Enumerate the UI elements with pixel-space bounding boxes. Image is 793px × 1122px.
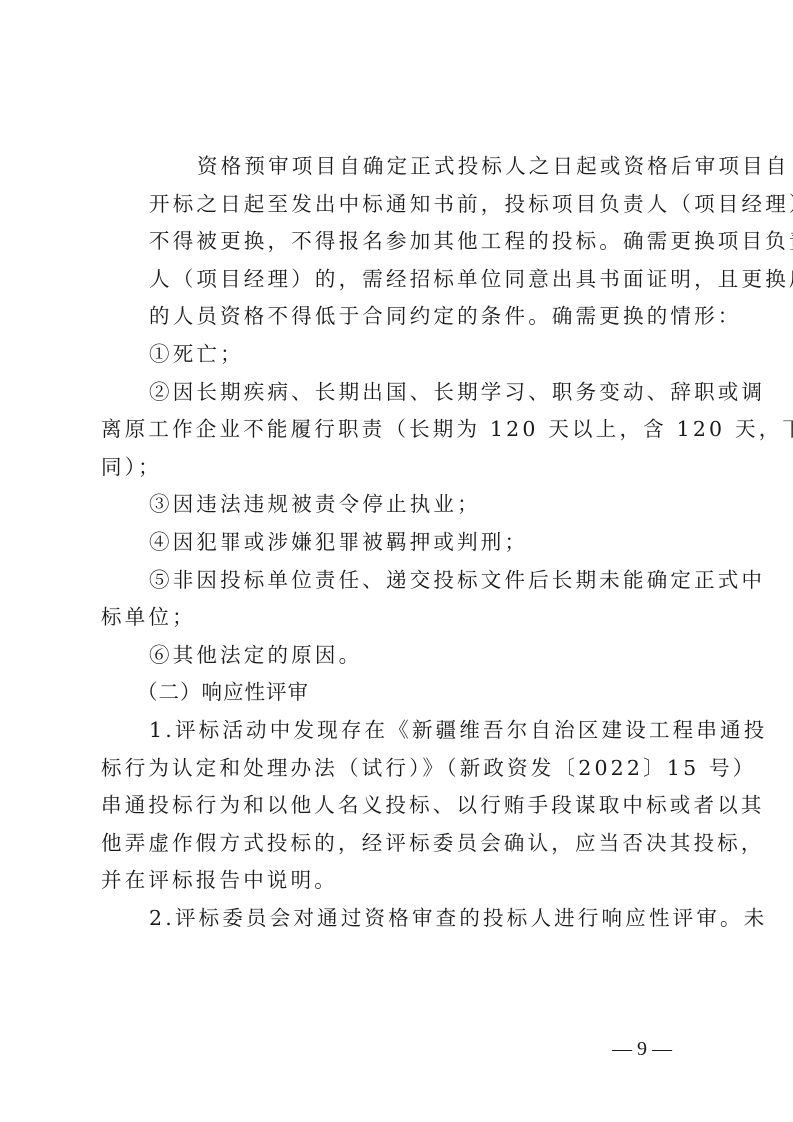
text-line: 他弄虚作假方式投标的，经评标委员会确认，应当否决其投标， <box>101 825 693 863</box>
text-line: 1.评标活动中发现存在《新疆维吾尔自治区建设工程串通投 <box>101 712 693 750</box>
text-line: 开标之日起至发出中标通知书前，投标项目负责人（项目经理） <box>101 186 693 224</box>
paragraph-item-1: 1.评标活动中发现存在《新疆维吾尔自治区建设工程串通投 标行为认定和处理办法（试… <box>101 712 693 900</box>
text-line: ⑥其他法定的原因。 <box>101 637 693 675</box>
paragraph-replacement-rule: 资格预审项目自确定正式投标人之日起或资格后审项目自 开标之日起至发出中标通知书前… <box>101 148 693 336</box>
text-line: ④因犯罪或涉嫌犯罪被羁押或判刑； <box>101 524 693 562</box>
section-heading-responsiveness-review: （二）响应性评审 <box>101 674 693 712</box>
list-item-1: ①死亡； <box>101 336 693 374</box>
text-line: ①死亡； <box>101 336 693 374</box>
text-line: 人（项目经理）的，需经招标单位同意出具书面证明，且更换后 <box>101 261 693 299</box>
text-line: ⑤非因投标单位责任、递交投标文件后长期未能确定正式中 <box>101 562 693 600</box>
text-line: 不得被更换，不得报名参加其他工程的投标。确需更换项目负责 <box>101 223 693 261</box>
text-line: 串通投标行为和以他人名义投标、以行贿手段谋取中标或者以其 <box>101 787 693 825</box>
text-line: ③因违法违规被责令停止执业； <box>101 486 693 524</box>
text-line: 标单位； <box>101 599 693 637</box>
text-line: 2.评标委员会对通过资格审查的投标人进行响应性评审。未 <box>101 900 693 938</box>
text-line: 同）； <box>101 449 693 487</box>
list-item-3: ③因违法违规被责令停止执业； <box>101 486 693 524</box>
page-number: — 9 — <box>612 1038 672 1061</box>
list-item-2: ②因长期疾病、长期出国、长期学习、职务变动、辞职或调 离原工作企业不能履行职责（… <box>101 374 693 487</box>
list-item-6: ⑥其他法定的原因。 <box>101 637 693 675</box>
list-item-5: ⑤非因投标单位责任、递交投标文件后长期未能确定正式中 标单位； <box>101 562 693 637</box>
list-item-4: ④因犯罪或涉嫌犯罪被羁押或判刑； <box>101 524 693 562</box>
text-line: 并在评标报告中说明。 <box>101 862 693 900</box>
text-line: 的人员资格不得低于合同约定的条件。确需更换的情形： <box>101 298 693 336</box>
text-line: 离原工作企业不能履行职责（长期为 120 天以上，含 120 天，下 <box>101 411 693 449</box>
document-body: 资格预审项目自确定正式投标人之日起或资格后审项目自 开标之日起至发出中标通知书前… <box>101 148 693 937</box>
heading-text: （二）响应性评审 <box>137 680 309 704</box>
text-line: 标行为认定和处理办法（试行）》（新政资发〔2022〕15 号） <box>101 750 693 788</box>
text-line: ②因长期疾病、长期出国、长期学习、职务变动、辞职或调 <box>101 374 693 412</box>
paragraph-item-2: 2.评标委员会对通过资格审查的投标人进行响应性评审。未 <box>101 900 693 938</box>
text-line: 资格预审项目自确定正式投标人之日起或资格后审项目自 <box>101 148 693 186</box>
